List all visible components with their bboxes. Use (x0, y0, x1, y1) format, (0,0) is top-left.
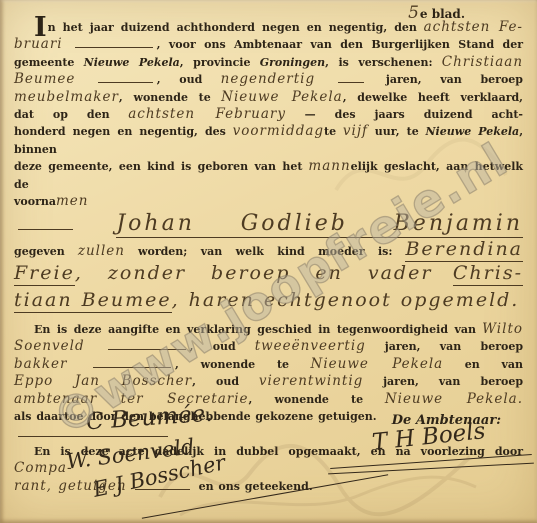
handwritten-entry: Freie (14, 262, 75, 286)
document-line: deze gemeente, een kind is geboren van h… (14, 158, 523, 193)
document-line: tiaan Beumee, haren echtgenoot opgemeld. (14, 288, 523, 315)
printed-text: en van (465, 358, 523, 371)
document-line: Johan Godlieb Benjamin (14, 210, 523, 241)
printed-text: , wonende te (119, 91, 211, 104)
handwritten-entry: negendertig (221, 71, 315, 87)
printed-text: worden; van welk kind moeder is: (138, 245, 392, 258)
document-line: gegeven zullen worden; van welk kind moe… (14, 241, 523, 260)
printed-text: Nieuwe Pekela (426, 125, 520, 138)
handwritten-entry: vijf (343, 123, 368, 139)
document-line: gemeente Nieuwe Pekela, provincie Gronin… (14, 54, 523, 71)
handwritten-entry: meubelmaker (14, 89, 119, 105)
handwritten-entry: Chris- (453, 262, 523, 286)
scanned-birth-certificate: 5e blad. In het jaar duizend achthonderd… (0, 0, 537, 523)
printed-text: jaren, van beroep (386, 73, 523, 86)
document-line: ambtenaar ter Secretarie, wonende te Nie… (14, 391, 523, 408)
document-line: In het jaar duizend achthonderd negen en… (14, 19, 523, 36)
printed-text: , provincie (180, 56, 251, 69)
blank-rule (338, 78, 364, 83)
handwritten-entry: Nieuwe Pekela (311, 356, 444, 372)
printed-text: jaren, van beroep (383, 375, 523, 388)
handwritten-entry: Nieuwe Pekela. (385, 391, 523, 407)
printed-text: uur, te (375, 125, 419, 138)
handwritten-entry: tweeënveertig (255, 338, 366, 354)
printed-text: gemeente (14, 56, 74, 69)
document-line: Beumee , oud negendertig jaren, van bero… (14, 71, 523, 88)
blank-rule (75, 43, 153, 48)
printed-text: n het jaar duizend achthonderd negen en … (48, 21, 417, 34)
blank-rule (18, 225, 73, 230)
document-line: dat op den achtsten February — des jaars… (14, 106, 523, 123)
blank-rule (98, 78, 153, 83)
printed-text: gegeven (14, 245, 65, 258)
handwritten-entry: voormiddag (233, 123, 324, 139)
document-line: bakker , wonende te Nieuwe Pekela en van (14, 356, 523, 373)
handwritten-entry: , haren echtgenoot opgemeld. (172, 289, 520, 311)
printed-text: dat op den (14, 108, 110, 121)
printed-text: En is deze aangifte en verklaring geschi… (34, 323, 476, 336)
printed-text: , dewelke heeft verklaard, (343, 91, 523, 104)
printed-text: Groningen (260, 56, 325, 69)
printed-text: voorna (14, 195, 56, 208)
printed-text: , oud (190, 340, 236, 353)
document-line: En is deze aangifte en verklaring geschi… (14, 321, 523, 338)
handwritten-entry: zullen (78, 243, 125, 259)
document-line: voornamen (14, 193, 523, 210)
handwritten-entry: Johan Godlieb Benjamin (116, 211, 523, 238)
handwritten-entry: Eppo Jan Bosscher (14, 373, 192, 389)
printed-text: honderd negen en negentig, des (14, 125, 226, 138)
printed-text: , wonende te (175, 358, 289, 371)
document-line: Freie, zonder beroep en vader Chris- (14, 261, 523, 288)
document-line: honderd negen en negentig, des voormidda… (14, 123, 523, 158)
handwritten-entry: Compa- (14, 460, 73, 476)
handwritten-entry: bakker (14, 356, 68, 372)
printed-text: , wonende te (249, 393, 364, 406)
document-line: rant, getuigen en ons geteekend. (14, 478, 523, 495)
printed-text: , is verschenen: (325, 56, 432, 69)
handwritten-entry: achtsten Fe- (424, 19, 523, 35)
printed-text: , oud (157, 73, 203, 86)
document-line: Soenveld , oud tweeënveertig jaren, van … (14, 338, 523, 355)
handwritten-entry: mann (308, 158, 350, 174)
handwritten-entry: men (56, 193, 89, 209)
printed-text: , oud (192, 375, 239, 388)
handwritten-entry: ambtenaar ter Secretarie (14, 391, 249, 407)
printed-text: jaren, van beroep (385, 340, 523, 353)
printed-text: deze gemeente, een kind is geboren van h… (14, 160, 302, 173)
handwritten-entry: Nieuwe Pekela (221, 89, 343, 105)
handwritten-entry: tiaan Beumee (14, 289, 172, 313)
printed-text: Nieuwe Pekela (84, 56, 180, 69)
blank-rule (93, 363, 171, 368)
printed-text: te (324, 125, 336, 138)
handwritten-entry: achtsten February (128, 106, 286, 122)
document-line: meubelmaker, wonende te Nieuwe Pekela, d… (14, 89, 523, 106)
printed-text: , voor ons Ambtenaar van den Burgerlijke… (157, 38, 523, 51)
handwritten-entry: bruari (14, 36, 63, 52)
blank-rule (108, 345, 186, 350)
handwritten-entry: Berendina (405, 238, 523, 262)
handwritten-entry: Christiaan (442, 54, 523, 70)
document-line: bruari , voor ons Ambtenaar van den Burg… (14, 36, 523, 53)
handwritten-entry: Wilto (482, 321, 523, 337)
printed-text: — des jaars duizend acht- (305, 108, 523, 121)
handwritten-entry: vierentwintig (259, 373, 363, 389)
document-line: Eppo Jan Bosscher, oud vierentwintig jar… (14, 373, 523, 390)
handwritten-entry: , zonder beroep en vader (75, 262, 433, 284)
handwritten-entry: Soenveld (14, 338, 85, 354)
handwritten-entry: Beumee (14, 71, 75, 87)
